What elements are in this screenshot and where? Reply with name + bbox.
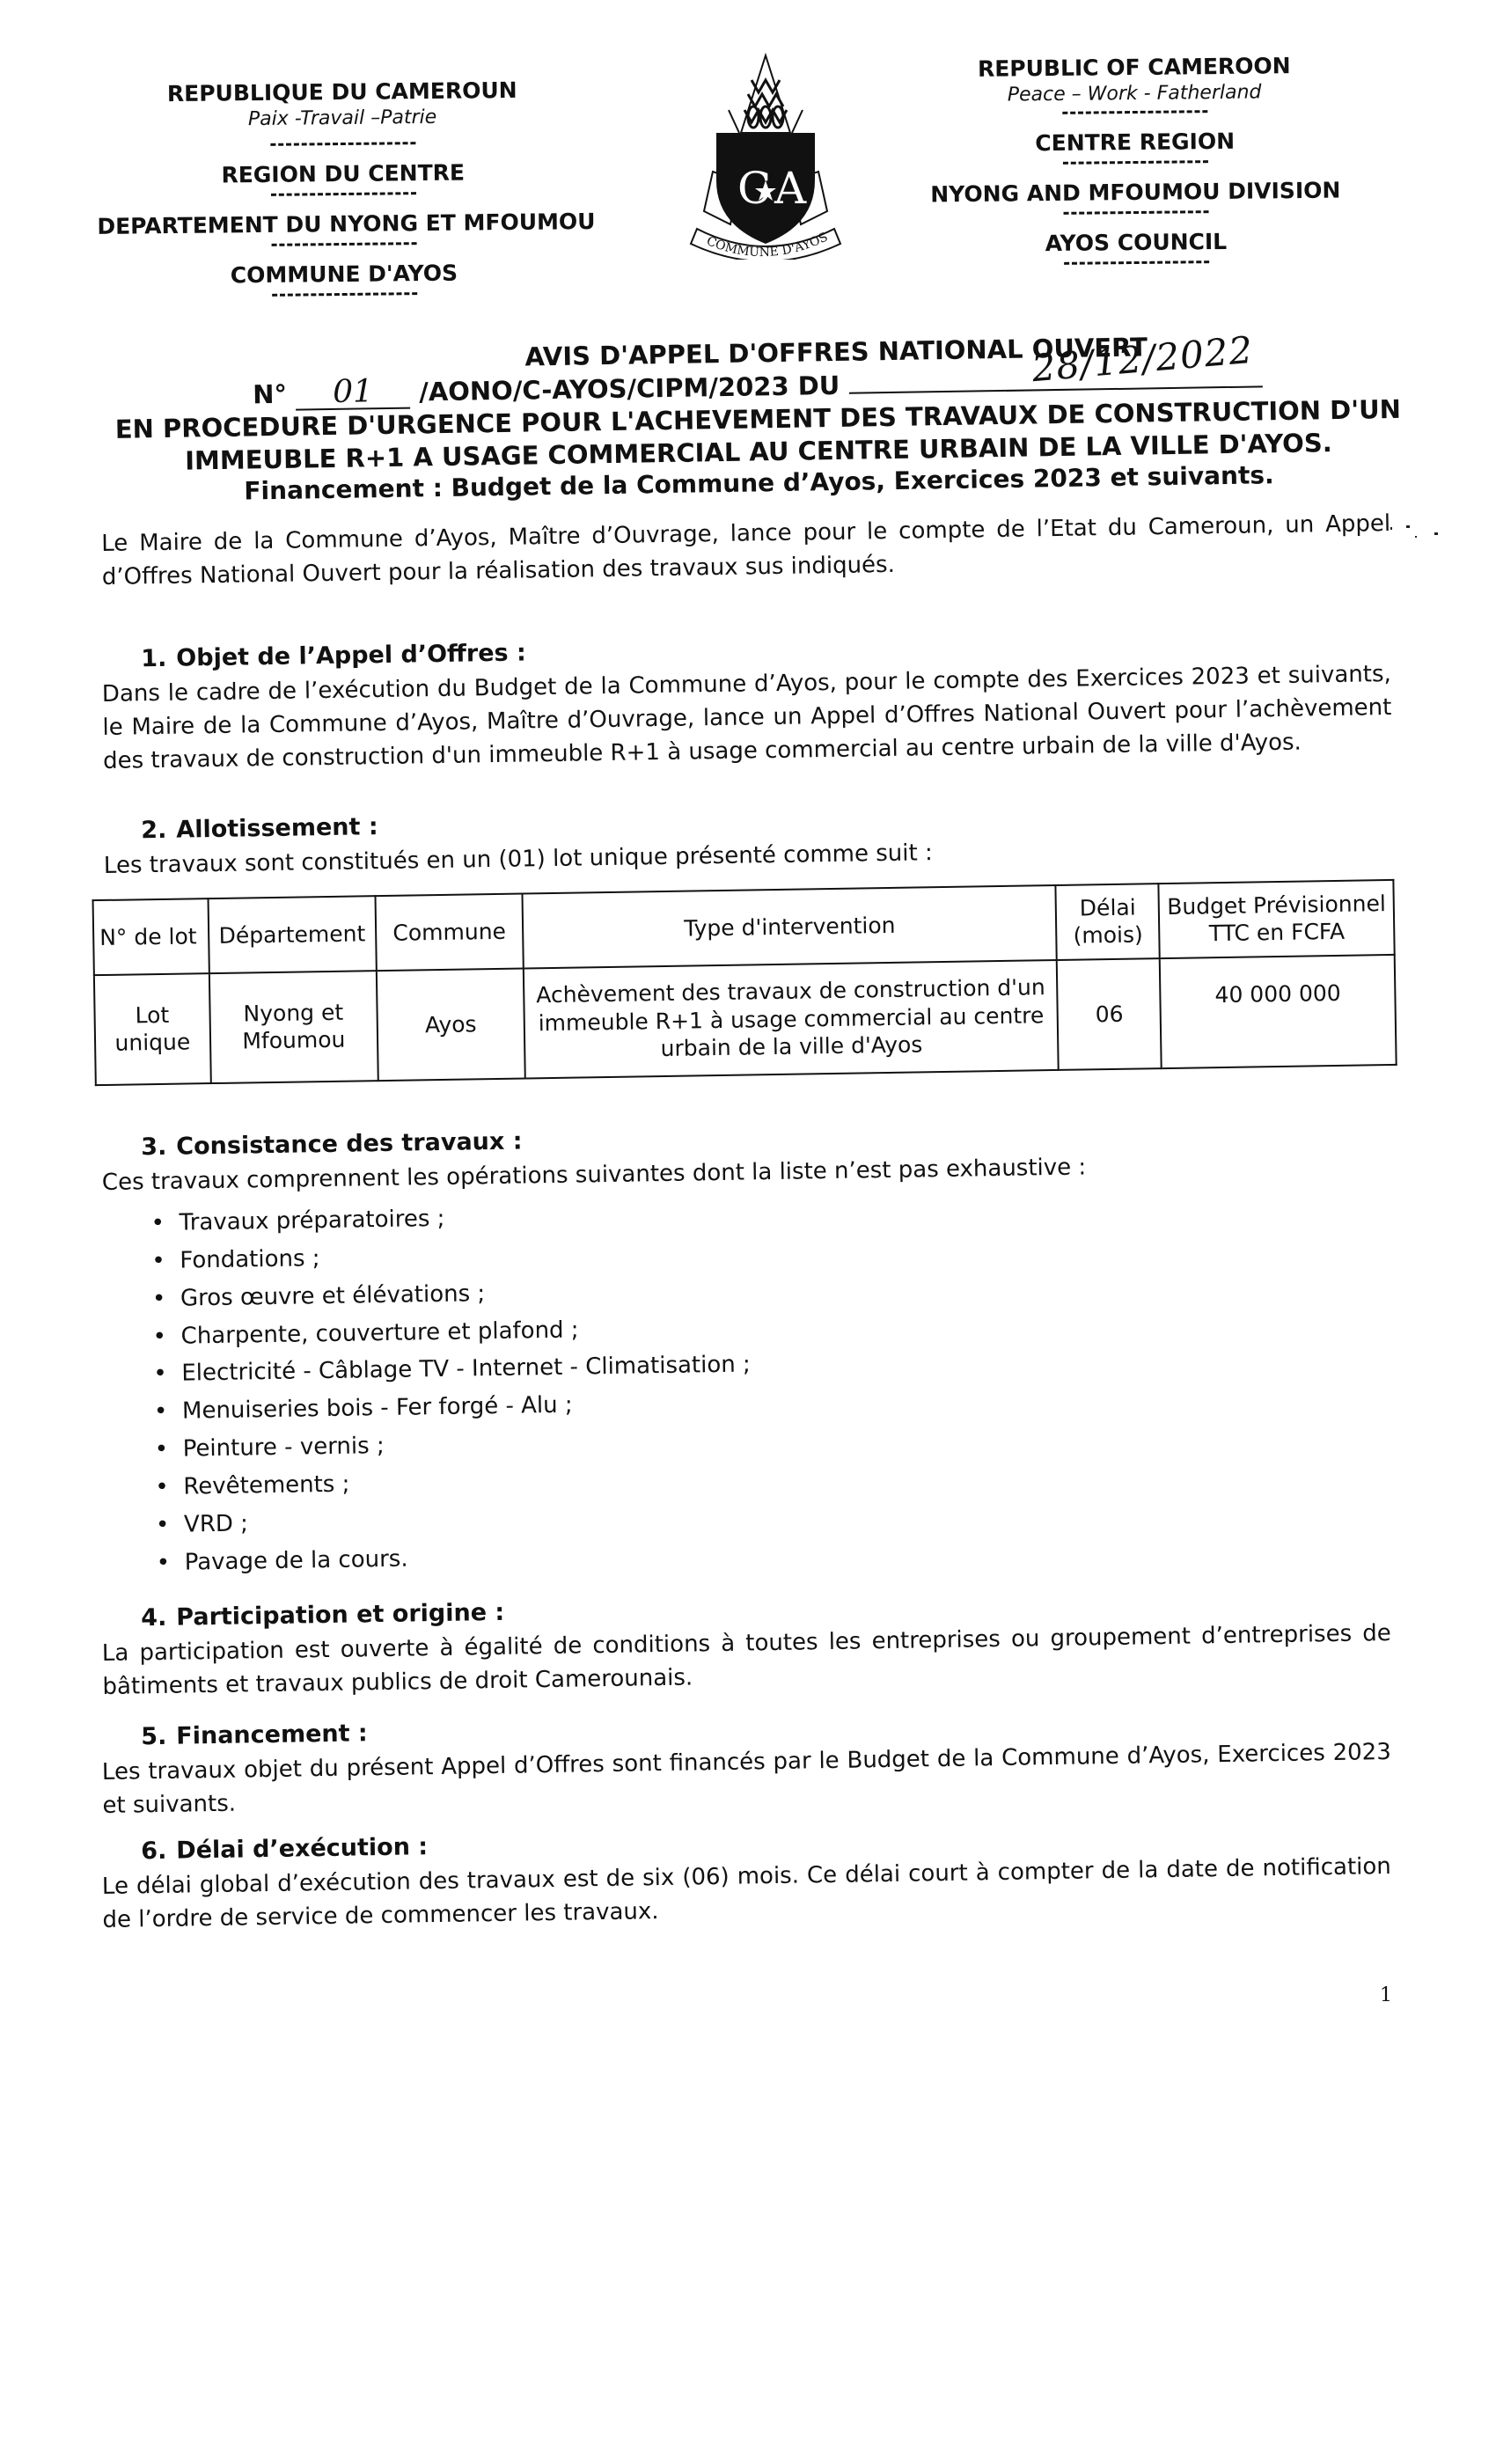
section-participation: 4.Participation et origine : La particip… bbox=[101, 1581, 1392, 1705]
section-consistance: 3.Consistance des travaux : Ces travaux … bbox=[101, 1111, 1397, 1583]
country-name-en: REPUBLIC OF CAMEROON bbox=[914, 52, 1354, 83]
scan-artifact bbox=[1389, 515, 1441, 550]
separator bbox=[272, 293, 417, 297]
reference-code: /AONO/C-AYOS/CIPM/2023 DU bbox=[419, 370, 840, 407]
cell-commune: Ayos bbox=[377, 968, 525, 1081]
col-header-delay: Délai (mois) bbox=[1056, 884, 1160, 960]
cell-budget: 40 000 000 bbox=[1160, 955, 1396, 1068]
council-en: AYOS COUNCIL bbox=[916, 228, 1356, 259]
separator bbox=[271, 243, 416, 247]
section-delai: 6.Délai d’exécution : Le délai global d’… bbox=[101, 1815, 1392, 1938]
country-name-fr: REPUBLIQUE DU CAMEROUN bbox=[96, 77, 589, 108]
motto-en: Peace – Work - Fatherland bbox=[914, 80, 1354, 108]
number-label: N° bbox=[253, 378, 287, 411]
cell-intervention-type: Achèvement des travaux de construction d… bbox=[524, 960, 1059, 1079]
header-left-french: REPUBLIQUE DU CAMEROUN Paix -Travail –Pa… bbox=[96, 77, 591, 314]
date-field: 28/12/2022 bbox=[848, 362, 1262, 394]
separator bbox=[1062, 161, 1207, 165]
works-list: Travaux préparatoires ; Fondations ; Gro… bbox=[102, 1185, 1397, 1583]
separator bbox=[1062, 111, 1207, 115]
commune-fr: COMMUNE D'AYOS bbox=[98, 259, 590, 290]
section-financement: 5.Financement : Les travaux objet du pré… bbox=[101, 1700, 1392, 1823]
separator bbox=[270, 193, 415, 197]
intro-text: Le Maire de la Commune d’Ayos, Maître d’… bbox=[101, 508, 1391, 594]
region-en: CENTRE REGION bbox=[915, 128, 1355, 158]
table-row: Lot unique Nyong et Mfoumou Ayos Achèvem… bbox=[94, 955, 1397, 1085]
col-header-intervention-type: Type d'intervention bbox=[523, 885, 1058, 969]
intro-paragraph: Le Maire de la Commune d’Ayos, Maître d’… bbox=[101, 508, 1391, 594]
header-right-english: REPUBLIC OF CAMEROON Peace – Work - Fath… bbox=[914, 52, 1357, 282]
coat-of-arms-icon: C A COMMUNE D'AYOS bbox=[678, 48, 854, 260]
region-fr: REGION DU CENTRE bbox=[97, 158, 590, 190]
section-objet: 1.Objet de l’Appel d’Offres : Dans le ca… bbox=[101, 622, 1392, 778]
notice-title: AVIS D'APPEL D'OFFRES NATIONAL OUVERT N°… bbox=[106, 327, 1411, 509]
col-header-lot-number: N° de lot bbox=[93, 898, 209, 975]
col-header-commune: Commune bbox=[375, 893, 524, 971]
separator bbox=[1064, 261, 1209, 266]
col-header-budget: Budget Prévisionnel TTC en FCFA bbox=[1159, 880, 1395, 958]
col-header-department: Département bbox=[208, 896, 377, 973]
cell-lot: Lot unique bbox=[94, 973, 211, 1085]
cell-delay: 06 bbox=[1057, 958, 1162, 1070]
page-number: 1 bbox=[1380, 1984, 1392, 2006]
department-fr: DEPARTEMENT DU NYONG ET MFOUMOU bbox=[97, 209, 590, 240]
cell-department: Nyong et Mfoumou bbox=[209, 971, 378, 1083]
notice-number: 01 bbox=[296, 376, 411, 411]
motto-fr: Paix -Travail –Patrie bbox=[96, 105, 589, 133]
svg-text:A: A bbox=[774, 163, 807, 214]
separator bbox=[1063, 211, 1208, 216]
separator bbox=[270, 143, 415, 147]
section-text: Dans le cadre de l’exécution du Budget d… bbox=[102, 658, 1393, 778]
division-en: NYONG AND MFOUMOU DIVISION bbox=[915, 178, 1355, 209]
document-page: REPUBLIQUE DU CAMEROUN Paix -Travail –Pa… bbox=[0, 0, 1496, 2464]
lot-table: N° de lot Département Commune Type d'int… bbox=[92, 879, 1397, 1086]
section-allotissement: 2.Allotissement : Les travaux sont const… bbox=[101, 794, 1395, 1086]
